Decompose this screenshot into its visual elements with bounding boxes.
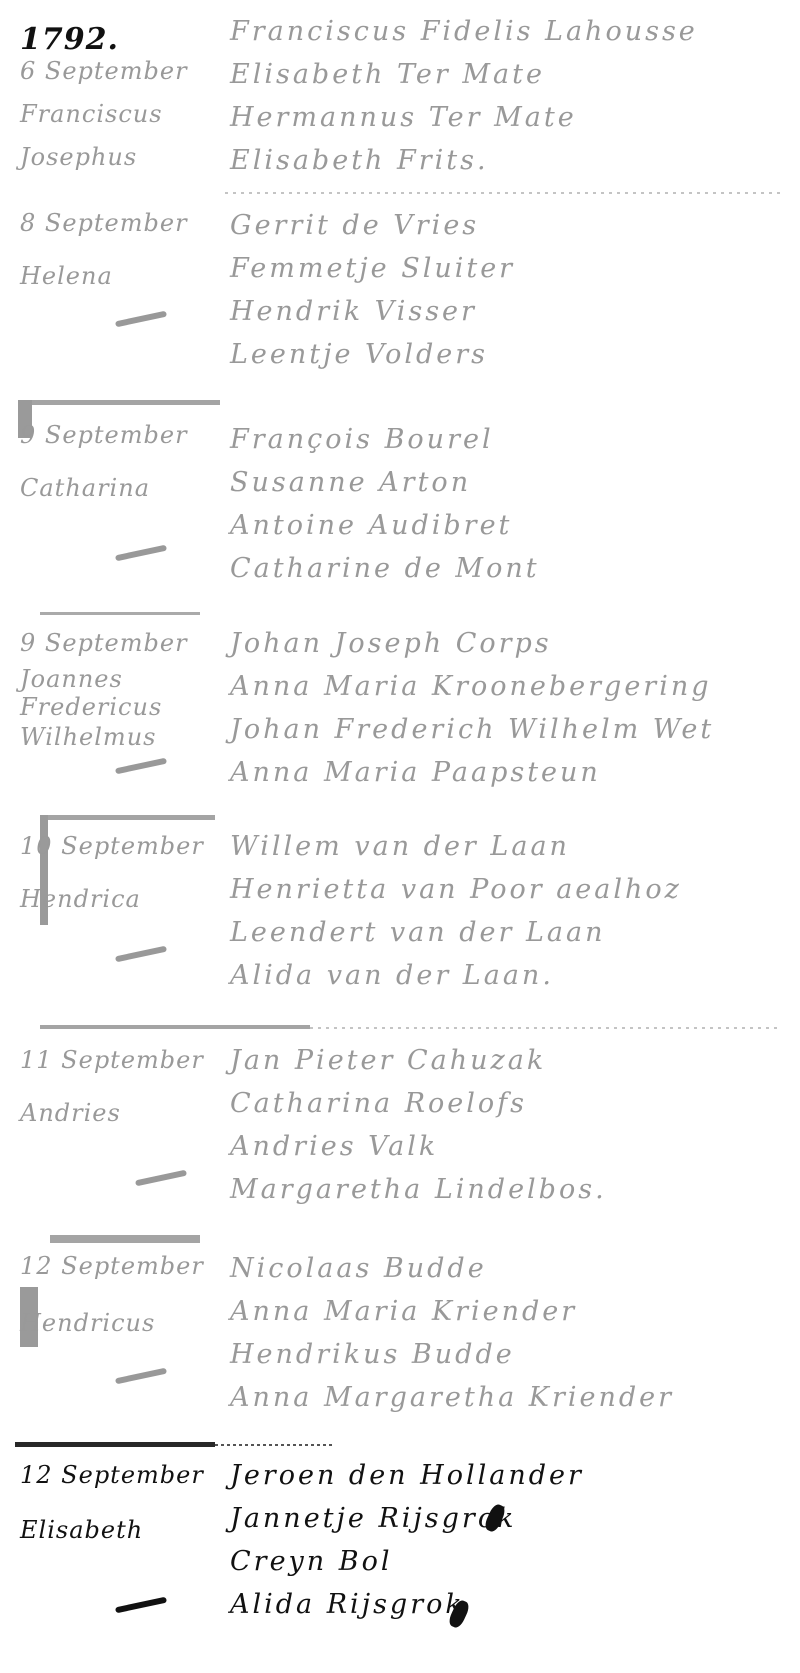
entry-divider [40, 1025, 310, 1029]
godmother-name: Alida van der Laan. [230, 954, 790, 997]
entry-divider [50, 1235, 200, 1243]
mother-name: Jannetje Rijsgrok [230, 1497, 790, 1540]
child-name-line: Hendricus [20, 1302, 220, 1345]
godmother-name: Anna Margaretha Kriender [230, 1376, 790, 1419]
godmother-name: Alida Rijsgrok [230, 1583, 790, 1626]
godfather-name: Johan Frederich Wilhelm Wet [230, 708, 790, 751]
child-name-line: Franciscus [20, 93, 220, 136]
godmother-name: Elisabeth Frits. [230, 139, 790, 182]
entry-divider [40, 815, 215, 820]
child-name-line: Andries [20, 1092, 220, 1135]
godfather-name: Hendrik Visser [230, 290, 790, 333]
godfather-name: Antoine Audibret [230, 504, 790, 547]
godmother-name: Anna Maria Paapsteun [230, 751, 790, 794]
mother-name: Catharina Roelofs [230, 1082, 790, 1125]
entry-date: 8 September [20, 202, 220, 245]
mother-name: Femmetje Sluiter [230, 247, 790, 290]
entry-divider [15, 1442, 215, 1447]
mother-name: Anna Maria Kroonebergering [230, 665, 790, 708]
dash-mark [115, 1597, 167, 1614]
child-name-line: Helena [20, 255, 220, 298]
entry-divider [215, 1444, 335, 1446]
father-name: Willem van der Laan [230, 825, 790, 868]
godmother-name: Catharine de Mont [230, 547, 790, 590]
mother-name: Anna Maria Kriender [230, 1290, 790, 1333]
entry-date: 11 September [20, 1039, 220, 1082]
godfather-name: Hermannus Ter Mate [230, 96, 790, 139]
entry-date: 10 September [20, 825, 220, 868]
father-name: Jeroen den Hollander [230, 1454, 790, 1497]
dash-mark [115, 545, 167, 562]
entry-date: 9 September [20, 414, 220, 457]
father-name: Franciscus Fidelis Lahousse [230, 10, 790, 53]
father-name: Jan Pieter Cahuzak [230, 1039, 790, 1082]
child-name-line: Fredericus [20, 693, 220, 721]
child-name-line: Joannes [20, 665, 220, 693]
father-name: Gerrit de Vries [230, 204, 790, 247]
child-name-line: Hendrica [20, 878, 220, 921]
entry-date: 12 September [20, 1245, 220, 1288]
godmother-name: Leentje Volders [230, 333, 790, 376]
child-name-line: Josephus [20, 136, 220, 179]
mother-name: Henrietta van Poor aealhoz [230, 868, 790, 911]
godfather-name: Leendert van der Laan [230, 911, 790, 954]
dash-mark [115, 311, 167, 328]
dash-mark [115, 1368, 167, 1385]
entry-date: 9 September [20, 622, 220, 665]
entry-divider [310, 1027, 780, 1029]
godfather-name: Hendrikus Budde [230, 1333, 790, 1376]
dash-mark [115, 946, 167, 963]
godfather-name: Creyn Bol [230, 1540, 790, 1583]
entry-divider [20, 400, 220, 405]
entry-divider [40, 612, 200, 615]
child-name-line: Elisabeth [20, 1509, 220, 1552]
mother-name: Susanne Arton [230, 461, 790, 504]
entry-divider [225, 192, 785, 194]
entry-date: 6 September [20, 50, 220, 93]
mother-name: Elisabeth Ter Mate [230, 53, 790, 96]
child-name-line: Wilhelmus [20, 721, 220, 753]
dash-mark [115, 758, 167, 775]
godfather-name: Andries Valk [230, 1125, 790, 1168]
father-name: Johan Joseph Corps [230, 622, 790, 665]
father-name: Nicolaas Budde [230, 1247, 790, 1290]
child-name-line: Catharina [20, 467, 220, 510]
father-name: François Bourel [230, 418, 790, 461]
entry-date: 12 September [20, 1454, 220, 1497]
dash-mark [135, 1170, 187, 1187]
register-page: 1792. 6 September Franciscus Josephus Fr… [0, 0, 800, 1673]
godmother-name: Margaretha Lindelbos. [230, 1168, 790, 1211]
